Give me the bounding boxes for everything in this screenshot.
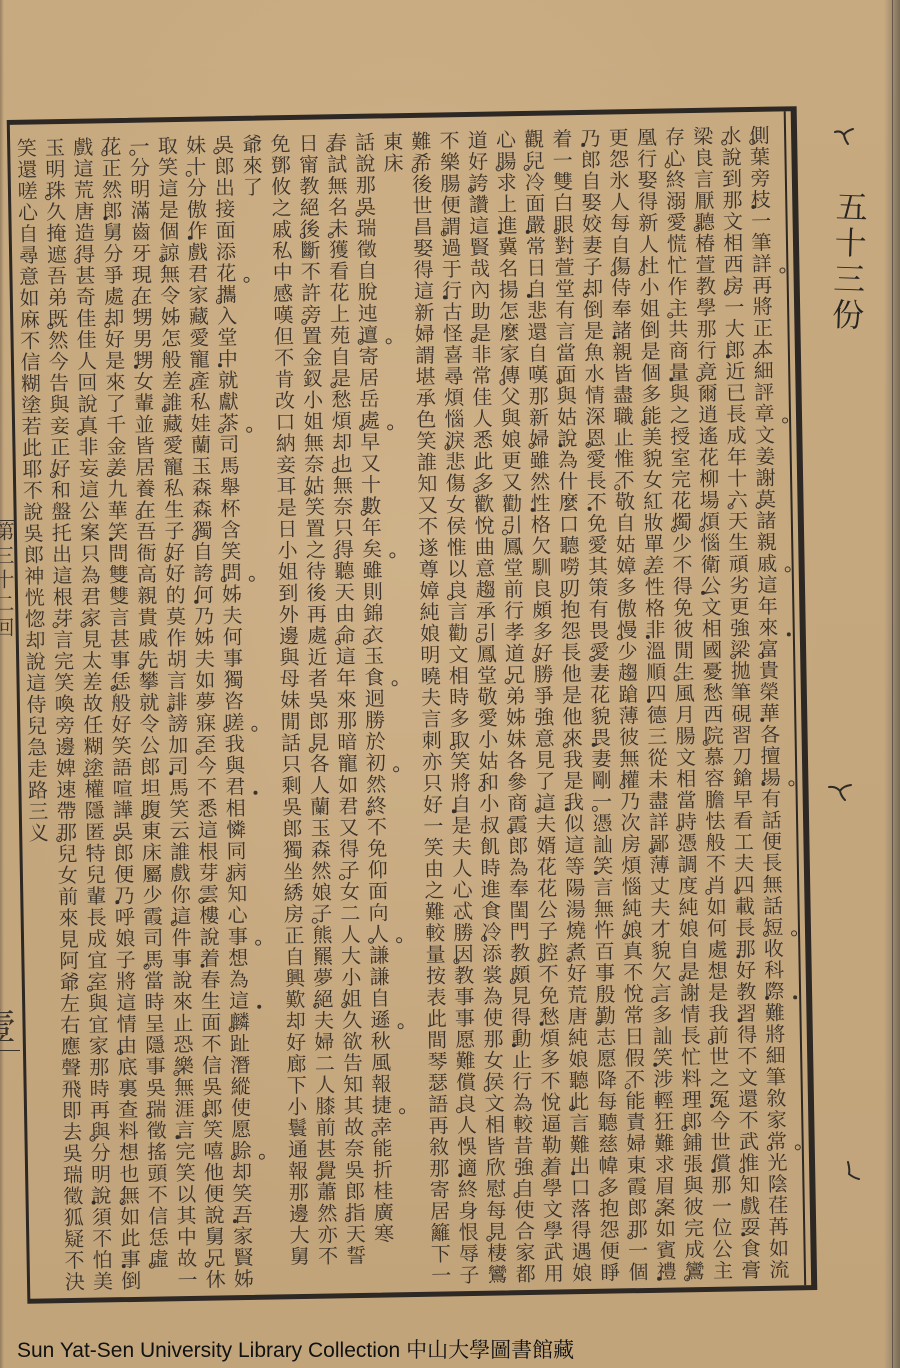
- collection-caption: Sun Yat-Sen University Library Collectio…: [17, 1339, 574, 1363]
- handwritten-label: 五十三份: [825, 189, 870, 334]
- chapter-label: 第三十二回: [0, 520, 15, 641]
- leaf-mark: 壹: [0, 1006, 20, 1051]
- crease-mark-icon: [832, 124, 858, 150]
- crease-mark-icon: [842, 1158, 864, 1184]
- crease-mark-icon: [826, 780, 856, 806]
- text-columns: 側葉旁枝一筆詳。再將正本細評章。文姜謝莫諸親戚。這年來、富貴榮華各擅場。有話便長…: [11, 125, 792, 1294]
- page-edge-shadow-right: [884, 0, 900, 1368]
- text-frame: 側葉旁枝一筆詳。再將正本細評章。文姜謝莫諸親戚。這年來、富貴榮華各擅場。有話便長…: [7, 106, 818, 1304]
- page-edge-shadow-left: [0, 0, 4, 1368]
